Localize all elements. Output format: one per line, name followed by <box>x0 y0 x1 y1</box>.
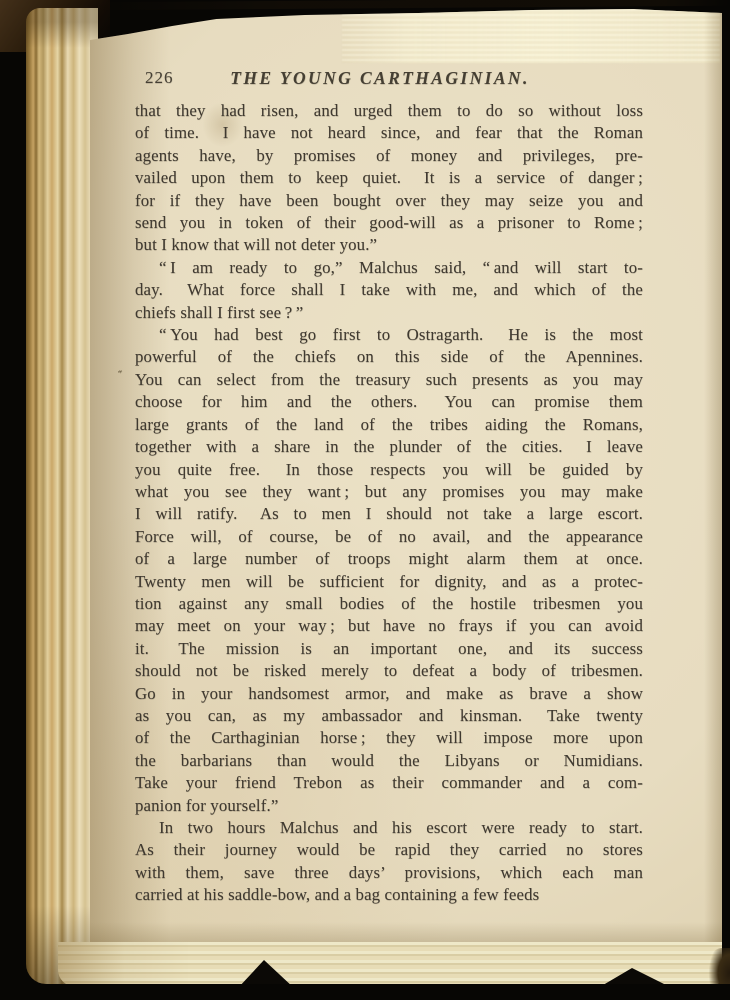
page-edge-stack-left <box>26 8 98 984</box>
text-line: what you see they want ; but any promise… <box>135 481 643 503</box>
text-line: tion against any small bodies of the hos… <box>135 593 643 615</box>
text-line: chiefs shall I first see ? ” <box>135 302 643 324</box>
text-line: of the Carthaginian horse ; they will im… <box>135 727 643 749</box>
text-line: as you can, as my ambassador and kinsman… <box>135 705 643 727</box>
text-line: Go in your handsomest armor, and make as… <box>135 683 643 705</box>
text-line: As their journey would be rapid they car… <box>135 839 643 861</box>
running-title: THE YOUNG CARTHAGINIAN. <box>230 68 529 89</box>
text-line: with them, save three days’ provisions, … <box>135 862 643 884</box>
text-line: together with a share in the plunder of … <box>135 436 643 458</box>
text-line: Force will, of course, be of no avail, a… <box>135 526 643 548</box>
page-number: 226 <box>145 68 174 88</box>
text-line: but I know that will not deter you.” <box>135 234 643 256</box>
text-line: of time. I have not heard since, and fea… <box>135 122 643 144</box>
page-top-edge <box>90 0 730 10</box>
text-line: may meet on your way ; but have no frays… <box>135 615 643 637</box>
text-line: that they had risen, and urged them to d… <box>135 100 643 122</box>
text-line: large grants of the land of the tribes a… <box>135 414 643 436</box>
background-bottom <box>0 984 730 1000</box>
text-line: of a large number of troops might alarm … <box>135 548 643 570</box>
text-line: “ I am ready to go,” Malchus said, “ and… <box>135 257 643 279</box>
text-line: the barbarians than would the Libyans or… <box>135 750 643 772</box>
text-line: choose for him and the others. You can p… <box>135 391 643 413</box>
text-line: day. What force shall I take with me, an… <box>135 279 643 301</box>
text-line: should not be risked merely to defeat a … <box>135 660 643 682</box>
book-photo: 226 THE YOUNG CARTHAGINIAN. * that they … <box>0 0 730 1000</box>
text-line: panion for yourself.” <box>135 795 643 817</box>
text-line: you quite free. In those respects you wi… <box>135 459 643 481</box>
text-line: for if they have been bought over they m… <box>135 190 643 212</box>
text-line: “ You had best go first to Ostragarth. H… <box>135 324 643 346</box>
book-page: 226 THE YOUNG CARTHAGINIAN. * that they … <box>90 6 722 948</box>
text-line: You can select from the treasury such pr… <box>135 369 643 391</box>
text-line: vailed upon them to keep quiet. It is a … <box>135 167 643 189</box>
text-line: it. The mission is an important one, and… <box>135 638 643 660</box>
page-sheen-top <box>342 9 720 63</box>
text-line: I will ratify. As to men I should not ta… <box>135 503 643 525</box>
text-line: In two hours Malchus and his escort were… <box>135 817 643 839</box>
text-line: powerful of the chiefs on this side of t… <box>135 346 643 368</box>
text-line: carried at his saddle-bow, and a bag con… <box>135 884 643 906</box>
text-line: Twenty men will be sufficient for dignit… <box>135 571 643 593</box>
text-line: Take your friend Trebon as their command… <box>135 772 643 794</box>
text-line: send you in token of their good-will as … <box>135 212 643 234</box>
body-text: that they had risen, and urged them to d… <box>135 100 643 907</box>
page-right-shadow <box>704 6 722 948</box>
text-line: agents have, by promises of money and pr… <box>135 145 643 167</box>
page-header: 226 THE YOUNG CARTHAGINIAN. <box>135 68 643 92</box>
